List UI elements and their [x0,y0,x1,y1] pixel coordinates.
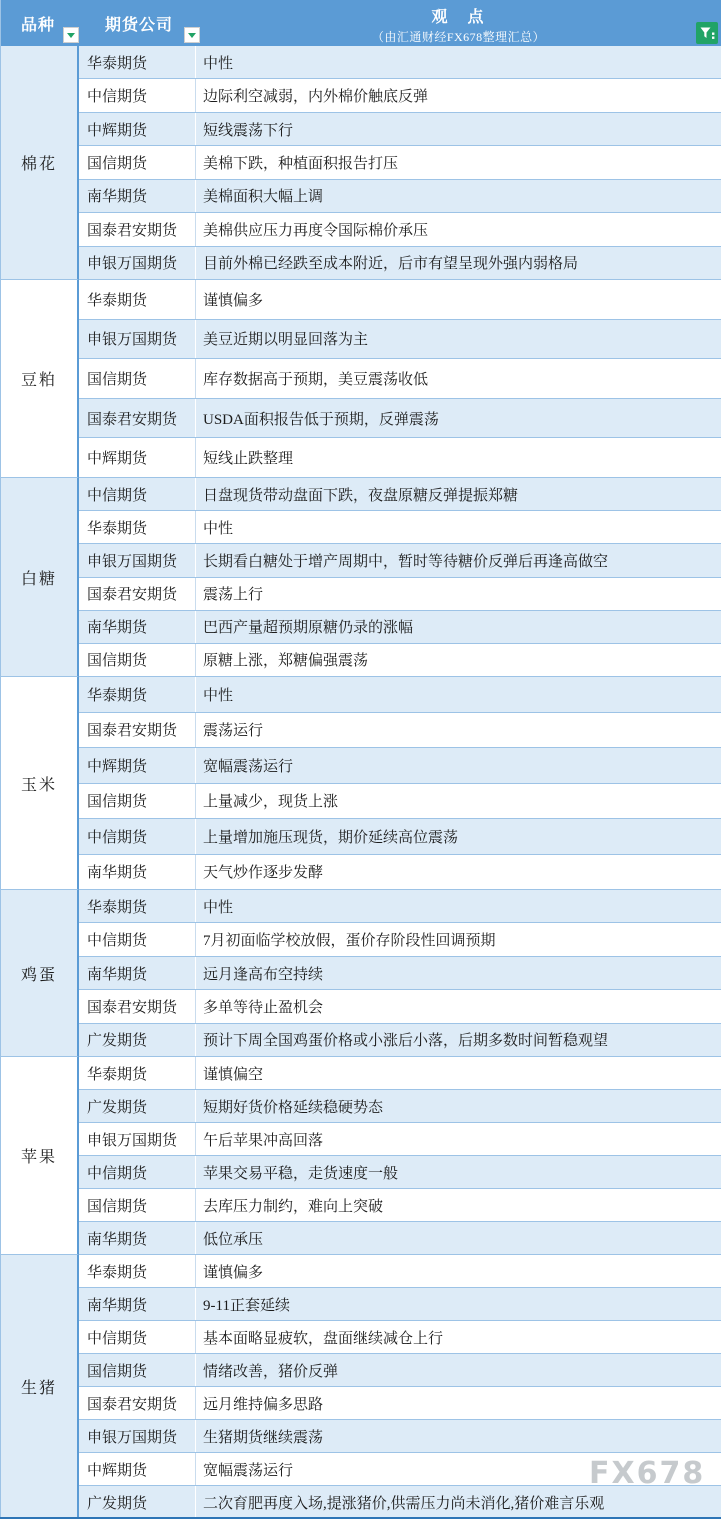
table-row: 南华期货9-11正套延续 [79,1288,721,1321]
opinion-cell: 宽幅震荡运行 [196,1453,721,1485]
opinion-cell: 谨慎偏多 [196,280,721,319]
commodity-section: 鸡蛋华泰期货中性中信期货7月初面临学校放假，蛋价存阶段性回调预期南华期货远月逢高… [1,890,721,1057]
opinion-cell: 谨慎偏空 [196,1057,721,1089]
table-row: 中信期货7月初面临学校放假，蛋价存阶段性回调预期 [79,923,721,956]
opinion-cell: 午后苹果冲高回落 [196,1123,721,1155]
company-cell: 中信期货 [79,923,196,955]
opinion-cell: 美棉供应压力再度令国际棉价承压 [196,213,721,245]
commodity-section: 棉花华泰期货中性中信期货边际利空减弱，内外棉价触底反弹中辉期货短线震荡下行国信期… [1,46,721,280]
table-row: 国信期货上量减少，现货上涨 [79,784,721,820]
table-row: 广发期货短期好货价格延续稳硬势态 [79,1090,721,1123]
viewpoint-header-title: 观 点 [196,4,721,27]
section-rows: 华泰期货中性中信期货7月初面临学校放假，蛋价存阶段性回调预期南华期货远月逢高布空… [79,890,721,1057]
variety-filter-dropdown-button[interactable] [63,27,79,43]
section-rows: 华泰期货中性中信期货边际利空减弱，内外棉价触底反弹中辉期货短线震荡下行国信期货美… [79,46,721,280]
company-cell: 中辉期货 [79,748,196,783]
opinion-cell: 库存数据高于预期，美豆震荡收低 [196,359,721,398]
commodity-cell: 豆粕 [1,280,79,478]
viewpoint-header-subtitle: （由汇通财经FX678整理汇总） [196,28,721,45]
opinion-cell: 多单等待止盈机会 [196,990,721,1022]
opinion-cell: 情绪改善，猪价反弹 [196,1354,721,1386]
table-row: 国信期货库存数据高于预期，美豆震荡收低 [79,359,721,399]
company-cell: 中信期货 [79,79,196,111]
commodity-section: 白糖中信期货日盘现货带动盘面下跌，夜盘原糖反弹提振郑糖华泰期货中性申银万国期货长… [1,478,721,677]
opinion-cell: 远月维持偏多思路 [196,1387,721,1419]
table-row: 国信期货情绪改善，猪价反弹 [79,1354,721,1387]
table-row: 国泰君安期货USDA面积报告低于预期，反弹震荡 [79,399,721,439]
table-row: 华泰期货谨慎偏多 [79,1255,721,1288]
filter-funnel-icon[interactable] [696,22,718,44]
table-row: 华泰期货中性 [79,677,721,713]
opinion-cell: 苹果交易平稳，走货速度一般 [196,1156,721,1188]
table-row: 中辉期货短线震荡下行 [79,113,721,146]
company-cell: 申银万国期货 [79,320,196,359]
opinion-cell: 短期好货价格延续稳硬势态 [196,1090,721,1122]
table-row: 申银万国期货午后苹果冲高回落 [79,1123,721,1156]
company-cell: 国信期货 [79,644,196,676]
table-row: 中辉期货宽幅震荡运行 [79,748,721,784]
opinion-cell: USDA面积报告低于预期，反弹震荡 [196,399,721,438]
company-cell: 华泰期货 [79,1057,196,1089]
company-cell: 华泰期货 [79,280,196,319]
company-cell: 华泰期货 [79,511,196,543]
company-cell: 国泰君安期货 [79,213,196,245]
opinion-cell: 美豆近期以明显回落为主 [196,320,721,359]
table-row: 国泰君安期货多单等待止盈机会 [79,990,721,1023]
company-cell: 国信期货 [79,1189,196,1221]
table-row: 华泰期货谨慎偏多 [79,280,721,320]
table-row: 中信期货基本面略显疲软，盘面继续减仓上行 [79,1321,721,1354]
opinion-cell: 天气炒作逐步发酵 [196,855,721,890]
company-cell: 南华期货 [79,1222,196,1254]
table-row: 国泰君安期货美棉供应压力再度令国际棉价承压 [79,213,721,246]
section-rows: 华泰期货谨慎偏多申银万国期货美豆近期以明显回落为主国信期货库存数据高于预期，美豆… [79,280,721,478]
opinion-cell: 原糖上涨，郑糖偏强震荡 [196,644,721,676]
company-cell: 华泰期货 [79,677,196,712]
company-cell: 华泰期货 [79,1255,196,1287]
table-row: 广发期货预计下周全国鸡蛋价格或小涨后小落，后期多数时间暂稳观望 [79,1024,721,1057]
table-row: 中信期货边际利空减弱，内外棉价触底反弹 [79,79,721,112]
table-row: 华泰期货中性 [79,890,721,923]
table-row: 中辉期货短线止跌整理 [79,438,721,478]
company-cell: 中信期货 [79,1156,196,1188]
commodity-cell: 白糖 [1,478,79,677]
opinion-cell: 预计下周全国鸡蛋价格或小涨后小落，后期多数时间暂稳观望 [196,1024,721,1056]
company-column-header: 期货公司 [105,12,173,35]
opinion-cell: 去库压力制约，难向上突破 [196,1189,721,1221]
company-cell: 南华期货 [79,1288,196,1320]
opinion-cell: 长期看白糖处于增产周期中，暂时等待糖价反弹后再逢高做空 [196,544,721,576]
table-row: 中信期货日盘现货带动盘面下跌，夜盘原糖反弹提振郑糖 [79,478,721,511]
table-row: 南华期货低位承压 [79,1222,721,1255]
dropdown-arrow-icon [188,33,196,38]
commodity-cell: 生猪 [1,1255,79,1519]
company-cell: 南华期货 [79,611,196,643]
company-cell: 国泰君安期货 [79,1387,196,1419]
opinion-cell: 中性 [196,677,721,712]
opinion-cell: 日盘现货带动盘面下跌，夜盘原糖反弹提振郑糖 [196,478,721,510]
dropdown-arrow-icon [67,33,75,38]
table-row: 国信期货去库压力制约，难向上突破 [79,1189,721,1222]
company-cell: 申银万国期货 [79,1123,196,1155]
table-header: 品种 期货公司 观 点 （由汇通财经FX678整理汇总） [0,0,721,46]
company-cell: 国泰君安期货 [79,578,196,610]
company-cell: 申银万国期货 [79,1420,196,1452]
opinion-cell: 短线止跌整理 [196,438,721,477]
opinion-cell: 上量增加施压现货，期价延续高位震荡 [196,819,721,854]
table-row: 南华期货远月逢高布空持续 [79,957,721,990]
table-row: 国信期货美棉下跌，种植面积报告打压 [79,146,721,179]
commodity-cell: 棉花 [1,46,79,280]
table-row: 国泰君安期货震荡上行 [79,578,721,611]
opinion-cell: 中性 [196,46,721,78]
opinion-cell: 基本面略显疲软，盘面继续减仓上行 [196,1321,721,1353]
company-cell: 中信期货 [79,819,196,854]
table-row: 国泰君安期货震荡运行 [79,713,721,749]
company-cell: 中辉期货 [79,113,196,145]
opinion-cell: 中性 [196,890,721,922]
table-body: 棉花华泰期货中性中信期货边际利空减弱，内外棉价触底反弹中辉期货短线震荡下行国信期… [0,46,721,1519]
opinion-cell: 生猪期货继续震荡 [196,1420,721,1452]
table-row: 广发期货二次育肥再度入场,提涨猪价,供需压力尚未消化,猪价难言乐观 [79,1486,721,1519]
commodity-section: 苹果华泰期货谨慎偏空广发期货短期好货价格延续稳硬势态申银万国期货午后苹果冲高回落… [1,1057,721,1255]
company-cell: 国信期货 [79,1354,196,1386]
opinion-cell: 震荡上行 [196,578,721,610]
table-row: 中信期货苹果交易平稳，走货速度一般 [79,1156,721,1189]
table-row: 华泰期货中性 [79,511,721,544]
table-row: 国信期货原糖上涨，郑糖偏强震荡 [79,644,721,677]
company-cell: 华泰期货 [79,46,196,78]
table-row: 申银万国期货美豆近期以明显回落为主 [79,320,721,360]
company-cell: 中辉期货 [79,1453,196,1485]
table-row: 申银万国期货目前外棉已经跌至成本附近，后市有望呈现外强内弱格局 [79,247,721,280]
company-cell: 中辉期货 [79,438,196,477]
section-rows: 华泰期货谨慎偏多南华期货9-11正套延续中信期货基本面略显疲软，盘面继续减仓上行… [79,1255,721,1519]
company-cell: 广发期货 [79,1486,196,1518]
opinion-cell: 二次育肥再度入场,提涨猪价,供需压力尚未消化,猪价难言乐观 [196,1486,721,1518]
table-row: 华泰期货谨慎偏空 [79,1057,721,1090]
table-row: 华泰期货中性 [79,46,721,79]
opinion-cell: 巴西产量超预期原糖仍录的涨幅 [196,611,721,643]
table-row: 中信期货上量增加施压现货，期价延续高位震荡 [79,819,721,855]
opinion-cell: 边际利空减弱，内外棉价触底反弹 [196,79,721,111]
opinion-cell: 中性 [196,511,721,543]
commodity-cell: 玉米 [1,677,79,890]
viewpoint-column-header: 观 点 （由汇通财经FX678整理汇总） [196,0,721,46]
company-cell: 中信期货 [79,1321,196,1353]
commodity-section: 豆粕华泰期货谨慎偏多申银万国期货美豆近期以明显回落为主国信期货库存数据高于预期，… [1,280,721,478]
opinion-cell: 远月逢高布空持续 [196,957,721,989]
company-cell: 申银万国期货 [79,544,196,576]
table-row: 中辉期货宽幅震荡运行 [79,1453,721,1486]
company-cell: 国信期货 [79,146,196,178]
company-cell: 中信期货 [79,478,196,510]
table-row: 南华期货巴西产量超预期原糖仍录的涨幅 [79,611,721,644]
company-cell: 南华期货 [79,855,196,890]
company-cell: 南华期货 [79,957,196,989]
opinion-cell: 目前外棉已经跌至成本附近，后市有望呈现外强内弱格局 [196,247,721,279]
company-cell: 广发期货 [79,1024,196,1056]
company-cell: 国泰君安期货 [79,713,196,748]
company-cell: 南华期货 [79,180,196,212]
commodity-section: 玉米华泰期货中性国泰君安期货震荡运行中辉期货宽幅震荡运行国信期货上量减少，现货上… [1,677,721,890]
opinion-cell: 9-11正套延续 [196,1288,721,1320]
table-row: 申银万国期货长期看白糖处于增产周期中，暂时等待糖价反弹后再逢高做空 [79,544,721,577]
opinion-cell: 7月初面临学校放假，蛋价存阶段性回调预期 [196,923,721,955]
opinion-cell: 上量减少，现货上涨 [196,784,721,819]
section-rows: 华泰期货谨慎偏空广发期货短期好货价格延续稳硬势态申银万国期货午后苹果冲高回落中信… [79,1057,721,1255]
opinion-cell: 震荡运行 [196,713,721,748]
company-cell: 国泰君安期货 [79,399,196,438]
table-row: 南华期货美棉面积大幅上调 [79,180,721,213]
opinion-cell: 美棉下跌，种植面积报告打压 [196,146,721,178]
company-cell: 国信期货 [79,784,196,819]
commodity-section: 生猪华泰期货谨慎偏多南华期货9-11正套延续中信期货基本面略显疲软，盘面继续减仓… [1,1255,721,1519]
commodity-cell: 苹果 [1,1057,79,1255]
opinion-cell: 宽幅震荡运行 [196,748,721,783]
company-cell: 国泰君安期货 [79,990,196,1022]
futures-opinions-table: 品种 期货公司 观 点 （由汇通财经FX678整理汇总） 棉花华泰期货中性中信期… [0,0,721,1519]
opinion-cell: 美棉面积大幅上调 [196,180,721,212]
commodity-cell: 鸡蛋 [1,890,79,1057]
company-cell: 华泰期货 [79,890,196,922]
company-cell: 广发期货 [79,1090,196,1122]
table-row: 南华期货天气炒作逐步发酵 [79,855,721,891]
table-row: 国泰君安期货远月维持偏多思路 [79,1387,721,1420]
company-cell: 申银万国期货 [79,247,196,279]
opinion-cell: 短线震荡下行 [196,113,721,145]
table-row: 申银万国期货生猪期货继续震荡 [79,1420,721,1453]
opinion-cell: 低位承压 [196,1222,721,1254]
section-rows: 中信期货日盘现货带动盘面下跌，夜盘原糖反弹提振郑糖华泰期货中性申银万国期货长期看… [79,478,721,677]
variety-column-header: 品种 [21,12,55,35]
section-rows: 华泰期货中性国泰君安期货震荡运行中辉期货宽幅震荡运行国信期货上量减少，现货上涨中… [79,677,721,890]
company-cell: 国信期货 [79,359,196,398]
opinion-cell: 谨慎偏多 [196,1255,721,1287]
